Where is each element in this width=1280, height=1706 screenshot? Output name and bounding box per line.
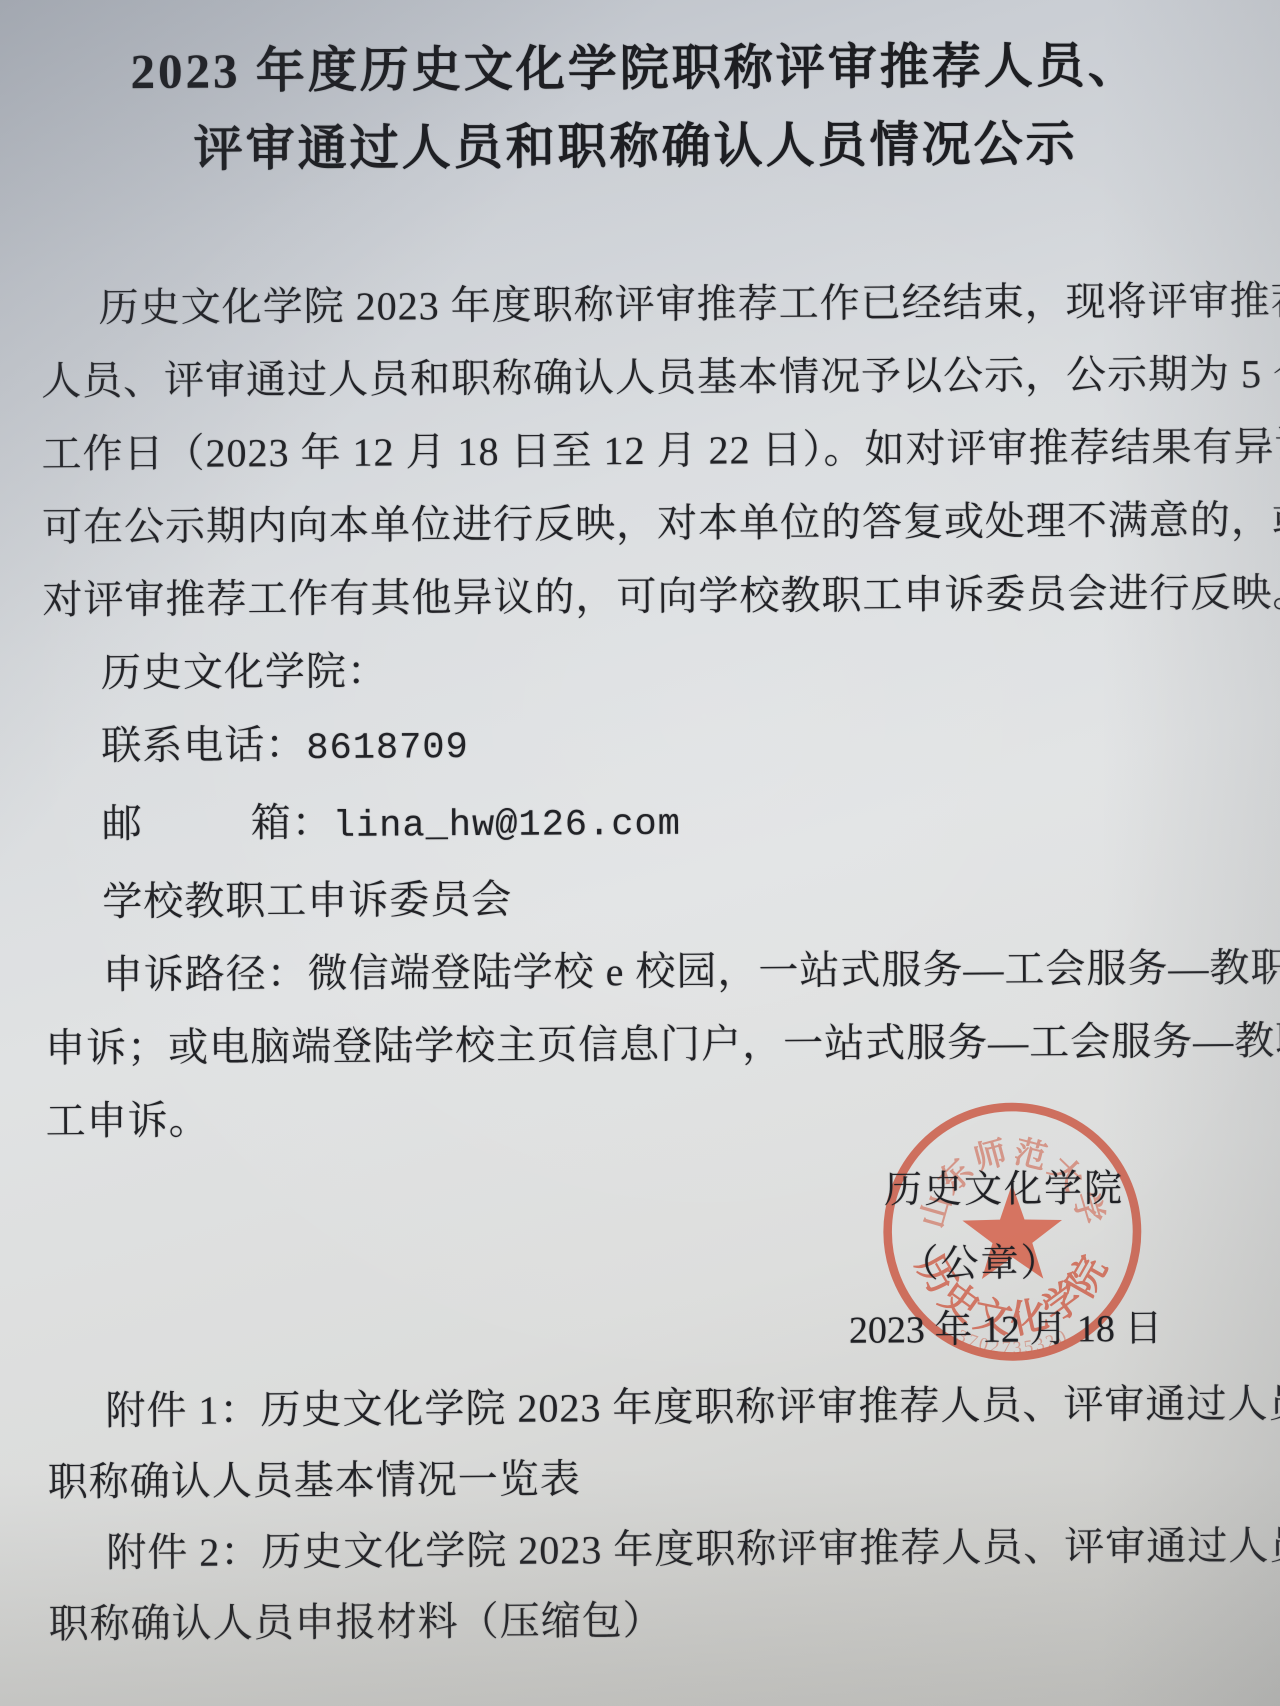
attachment-1-line-1: 附件 1：历史文化学院 2023 年度职称评审推荐人员、评审通过人员和 [47, 1368, 1243, 1446]
paragraph-line: 人员、评审通过人员和职称确认人员基本情况予以公示，公示期为 5 个 [41, 337, 1237, 417]
spacer [143, 836, 251, 837]
email-value: lina_hw@126.com [333, 804, 681, 848]
title-line-1: 2023 年度历史文化学院职称评审推荐人员、 [0, 26, 1275, 112]
paragraph-line: 对评审推荐工作有其他异议的，可向学校教职工申诉委员会进行反映。 [42, 556, 1238, 636]
attachments-block: 附件 1：历史文化学院 2023 年度职称评审推荐人员、评审通过人员和 职称确认… [47, 1368, 1245, 1659]
email-label-b: 箱： [251, 800, 333, 846]
signature-org: 历史文化学院 [884, 1157, 1124, 1213]
title-line-2: 评审通过人员和职称确认人员情况公示 [0, 104, 1276, 190]
paragraph-line: 可在公示期内向本单位进行反映，对本单位的答复或处理不满意的，或 [42, 483, 1238, 563]
signature-date: 2023 年 12 月 18 日 [849, 1297, 1163, 1354]
notice-title: 2023 年度历史文化学院职称评审推荐人员、 评审通过人员和职称确认人员情况公示 [0, 26, 1276, 190]
committee-line: 学校教职工申诉委员会 [44, 858, 1240, 938]
appeal-line: 申诉路径：微信端登陆学校 e 校园，一站式服务—工会服务—教职工 [45, 931, 1241, 1011]
phone-label: 联系电话： [101, 722, 306, 768]
attachment-2-line-1: 附件 2：历史文化学院 2023 年度职称评审推荐人员、评审通过人员和 [48, 1510, 1244, 1588]
signature-seal-note: （公章） [900, 1231, 1060, 1287]
attachment-1-line-2: 职称确认人员基本情况一览表 [48, 1439, 1244, 1517]
contact-phone-line: 联系电话：8618709 [43, 702, 1239, 787]
phone-value: 8618709 [306, 727, 469, 770]
attachment-2-line-2: 职称确认人员申报材料（压缩包） [48, 1581, 1244, 1659]
notice-body: 历史文化学院 2023 年度职称评审推荐工作已经结束，现将评审推荐 人员、评审通… [40, 264, 1241, 1157]
paragraph-line: 历史文化学院 2023 年度职称评审推荐工作已经结束，现将评审推荐 [40, 264, 1236, 344]
notice-sheet: 2023 年度历史文化学院职称评审推荐人员、 评审通过人员和职称确认人员情况公示… [0, 0, 1280, 1706]
paragraph-line: 工作日（2023 年 12 月 18 日至 12 月 22 日）。如对评审推荐结… [41, 410, 1237, 490]
email-label-a: 邮 [102, 801, 143, 846]
appeal-line: 申诉；或电脑端登陆学校主页信息门户，一站式服务—工会服务—教职 [45, 1004, 1241, 1084]
contact-email-line: 邮箱：lina_hw@126.com [44, 780, 1240, 865]
contact-unit-line: 历史文化学院： [43, 629, 1239, 709]
